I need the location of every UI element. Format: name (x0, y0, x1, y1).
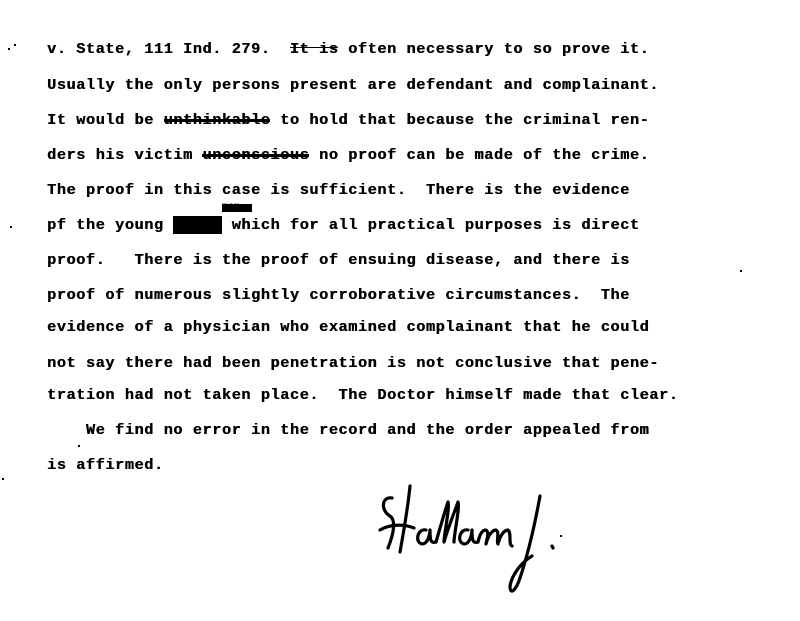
signature: Hallam J. (370, 478, 600, 608)
text-line-3: It would be unthinkable to hold that bec… (47, 111, 649, 129)
scan-speck (8, 48, 10, 50)
scan-speck (10, 226, 12, 228)
text-segment: It would be (47, 111, 164, 129)
text-segment: often necessary to so prove it. (338, 40, 649, 58)
text-line-12: We find no error in the record and the o… (47, 421, 649, 439)
text-line-4: ders his victim unconscious no proof can… (47, 146, 649, 164)
text-line-10: not say there had been penetration is no… (47, 354, 659, 372)
text-line-9: evidence of a physician who examined com… (47, 318, 649, 336)
text-segment: ders his victim (47, 146, 202, 164)
text-line-13: is affirmed. (47, 456, 164, 474)
text-segment: no proof can be made of the crime. (309, 146, 649, 164)
struck-text: unthinkable (164, 111, 271, 129)
text-segment: pf the young (47, 216, 173, 234)
scan-speck (740, 270, 742, 272)
scan-speck (78, 445, 80, 447)
text-line-11: tration had not taken place. The Doctor … (47, 386, 678, 404)
scan-speck (2, 478, 4, 480)
text-line-7: proof. There is the proof of ensuing dis… (47, 251, 630, 269)
text-segment: v. State, 111 Ind. 279. (47, 40, 290, 58)
interlinear-insertion: man (222, 204, 252, 212)
text-line-2: Usually the only persons present are def… (47, 76, 659, 94)
struck-text: It is (290, 40, 339, 58)
text-line-1: v. State, 111 Ind. 279. It is often nece… (47, 40, 649, 58)
blotted-text: woman (173, 216, 222, 234)
struck-text: unconscious (202, 146, 309, 164)
text-line-6: pf the young woman which for all practic… (47, 216, 640, 234)
text-segment: to hold that because the criminal ren- (270, 111, 649, 129)
scan-speck (14, 44, 16, 46)
scan-speck (560, 535, 562, 537)
document-page: v. State, 111 Ind. 279. It is often nece… (0, 0, 800, 621)
text-line-5: The proof in this case is sufficient. Th… (47, 181, 630, 199)
text-line-8: proof of numerous slightly corroborative… (47, 286, 630, 304)
text-segment: which for all practical purposes is dire… (222, 216, 640, 234)
